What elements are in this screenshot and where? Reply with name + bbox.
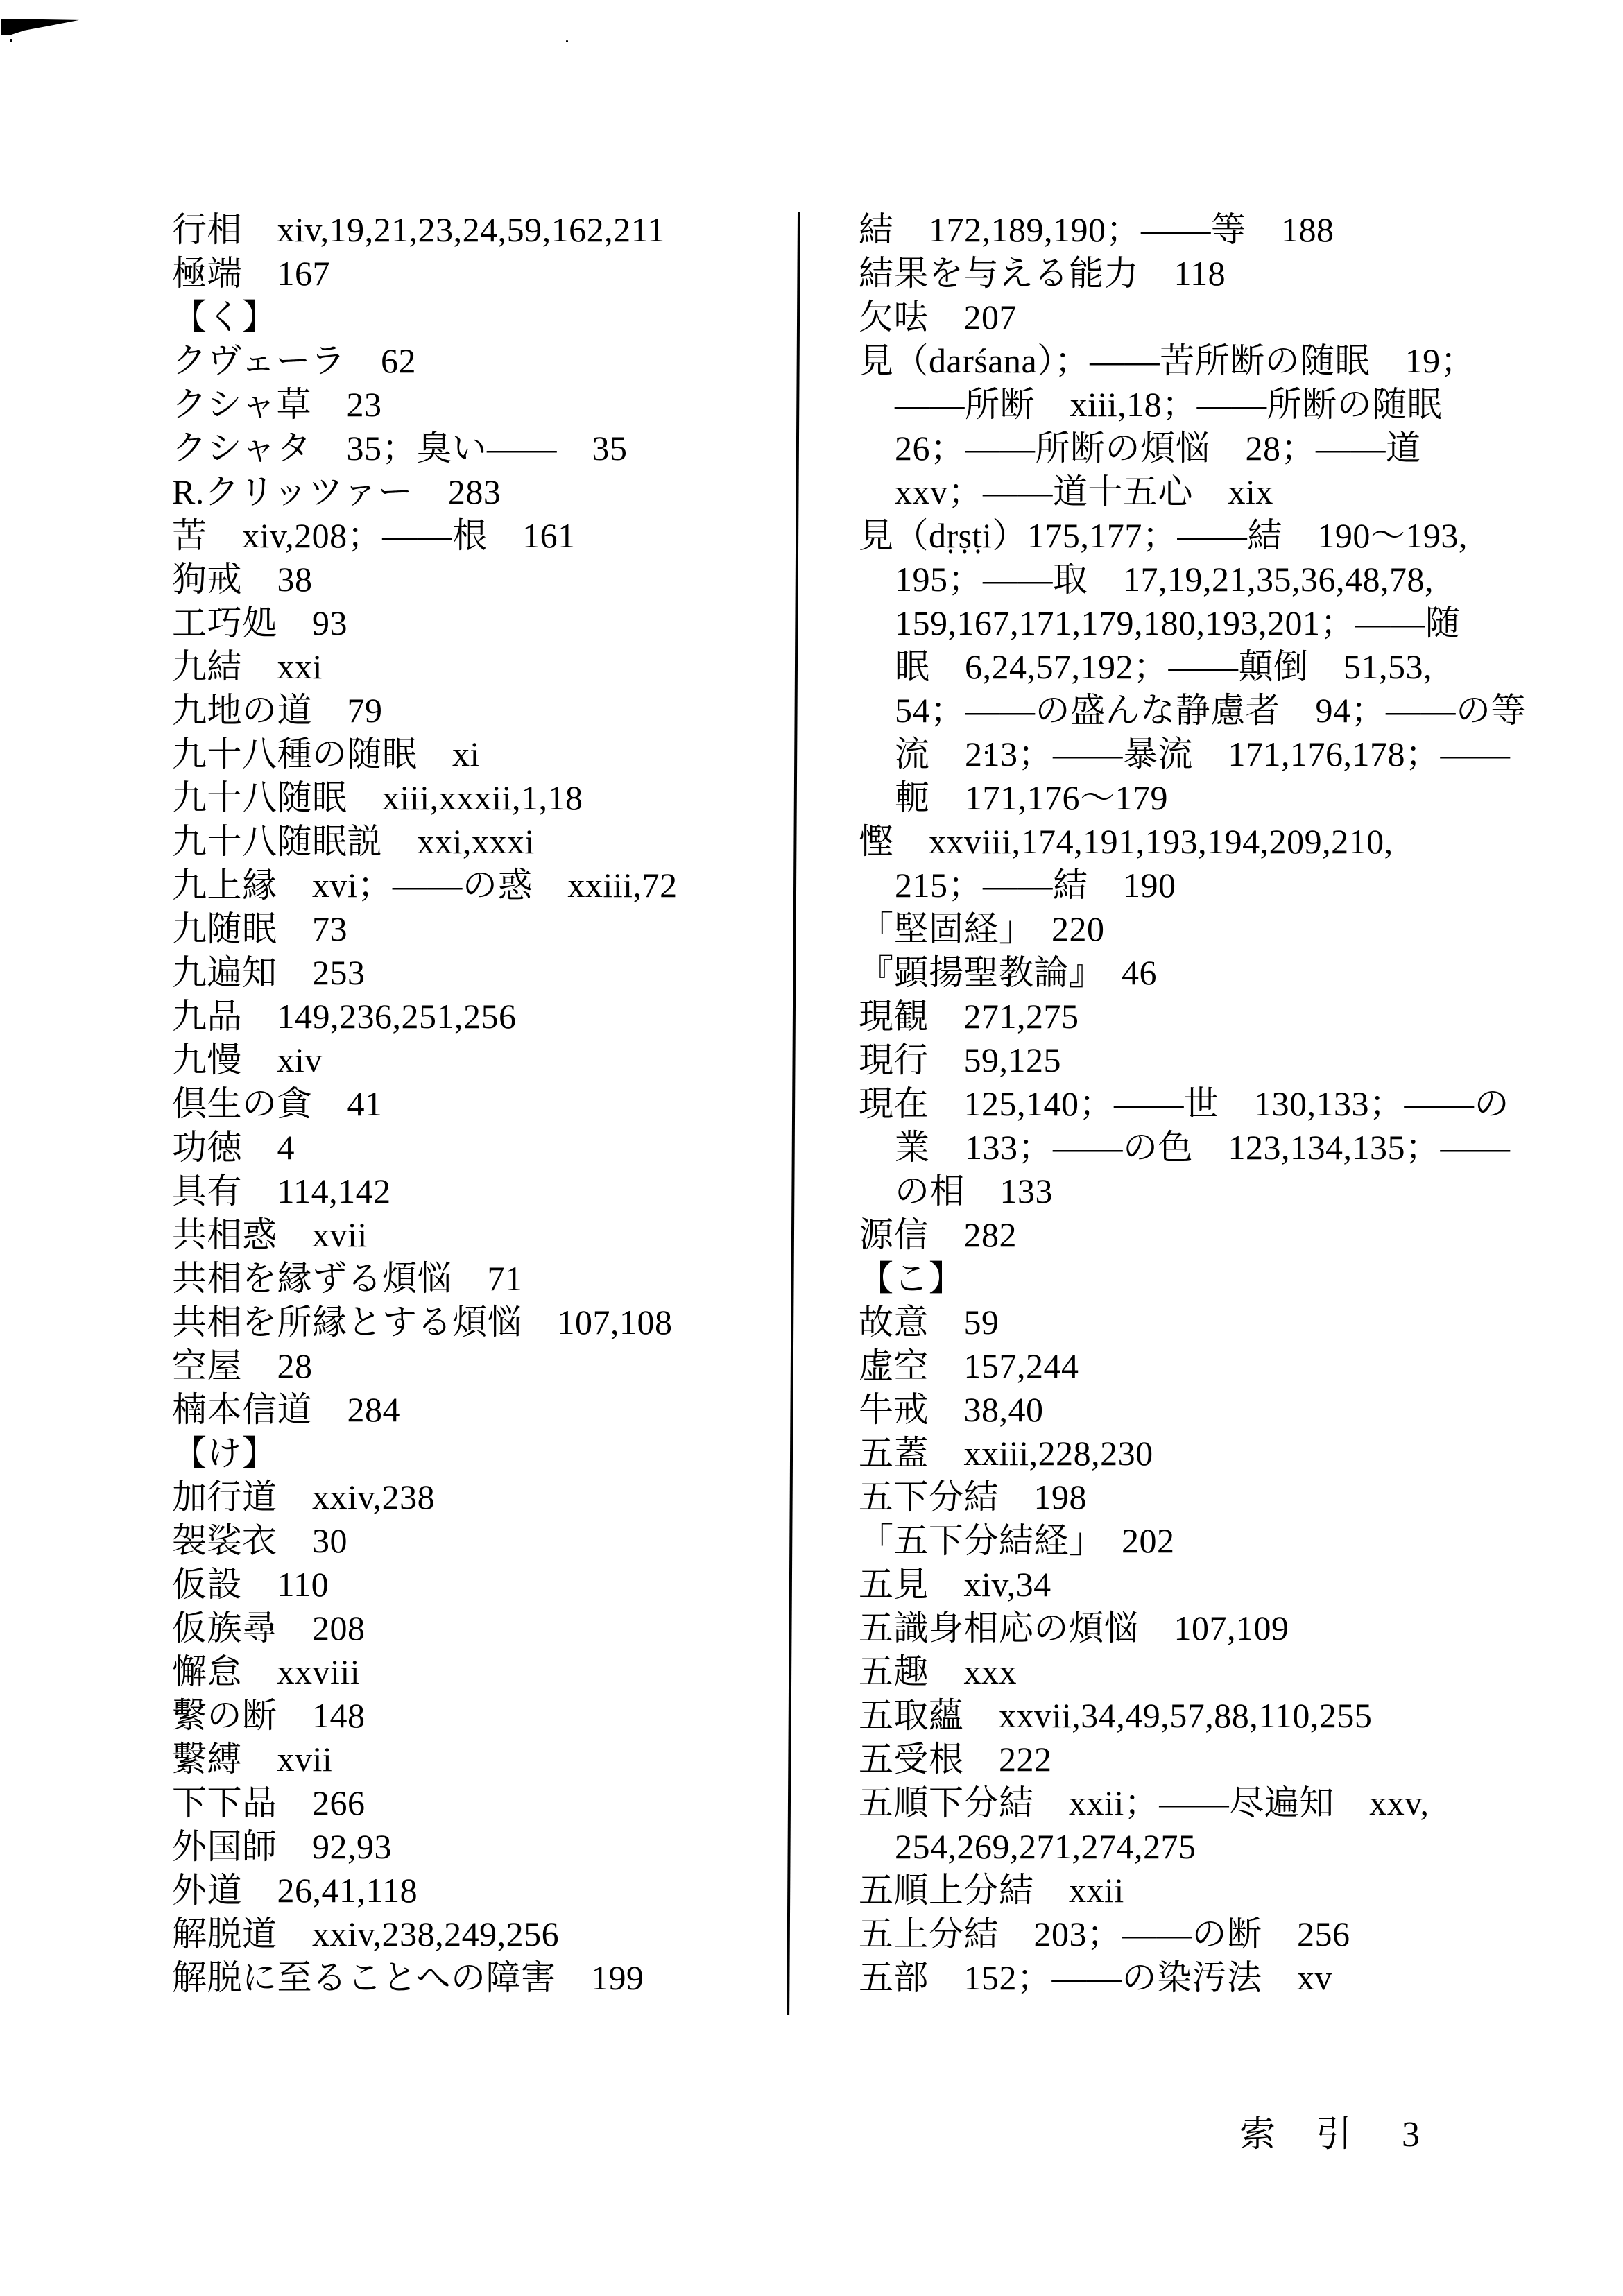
index-entry-line: 九十八随眠説 xxi,xxxi <box>172 820 796 864</box>
index-entry-line: 【け】 <box>172 1432 796 1475</box>
index-entry-line: 九遍知 253 <box>172 951 796 995</box>
index-entry-line: 結果を与える能力 118 <box>859 252 1594 295</box>
index-entry-line: 下下品 266 <box>172 1781 796 1825</box>
index-entry-line: 結 172,189,190；――等 188 <box>859 208 1594 252</box>
index-entry-line: クシャタ 35；臭い―― 35 <box>172 427 796 470</box>
index-entry-line: 【く】 <box>172 295 796 339</box>
index-entry-line: 九十八随眠 xiii,xxxii,1,18 <box>172 776 796 820</box>
scan-speck <box>566 40 568 42</box>
index-entry-line: 加行道 xxiv,238 <box>172 1475 796 1519</box>
index-entry-line: 外道 26,41,118 <box>172 1869 796 1912</box>
index-entry-line: 繫縛 xvii <box>172 1738 796 1781</box>
index-entry-line: 見（dṛṣṭi）175,177；――結 190～193, <box>859 514 1594 558</box>
index-entry-line: 仮族尋 208 <box>172 1607 796 1650</box>
index-entry-line: 五順下分結 xxii；――尽遍知 xxv, <box>859 1781 1594 1825</box>
index-entry-line: 【こ】 <box>859 1257 1594 1301</box>
index-entry-line: 仮設 110 <box>172 1563 796 1607</box>
index-entry-line: 「堅固経」 220 <box>859 907 1594 951</box>
index-entry-line: 『顕揚聖教論』 46 <box>859 951 1594 995</box>
index-entry-line: 解脱に至ることへの障害 199 <box>172 1956 796 2000</box>
index-entry-line: 254,269,271,274,275 <box>859 1825 1594 1869</box>
index-entry-line: 行相 xiv,19,21,23,24,59,162,211 <box>172 208 796 252</box>
index-entry-line: R.クリッツァー 283 <box>172 470 796 514</box>
scan-corner-artifact <box>1 19 79 35</box>
index-entry-line: 現観 271,275 <box>859 995 1594 1038</box>
footer-section-title: 索引 <box>1239 2115 1392 2154</box>
index-entry-line: 欠呿 207 <box>859 295 1594 339</box>
index-entry-line: 九結 xxi <box>172 645 796 689</box>
index-entry-line: 極端 167 <box>172 252 796 295</box>
index-entry-line: 苦 xiv,208；――根 161 <box>172 514 796 558</box>
index-entry-line: 九慢 xiv <box>172 1038 796 1082</box>
index-entry-line: 工巧処 93 <box>172 601 796 645</box>
index-entry-line: 現行 59,125 <box>859 1038 1594 1082</box>
index-entry-line: 外国師 92,93 <box>172 1825 796 1869</box>
page-footer: 索引3 <box>1203 2073 1420 2198</box>
index-entry-line: クヴェーラ 62 <box>172 339 796 383</box>
index-entry-line: 業 133；――の色 123,134,135；―― <box>859 1126 1594 1170</box>
left-column: 行相 xiv,19,21,23,24,59,162,211極端 167【く】クヴ… <box>172 208 796 2000</box>
scan-speck <box>10 39 12 42</box>
index-entry-line: 慳 xxviii,174,191,193,194,209,210, <box>859 820 1594 864</box>
index-entry-line: 虚空 157,244 <box>859 1344 1594 1388</box>
index-entry-line: 五順上分結 xxii <box>859 1869 1594 1912</box>
index-entry-line: 五上分結 203；――の断 256 <box>859 1912 1594 1956</box>
index-entry-line: 故意 59 <box>859 1301 1594 1344</box>
index-entry-line: 54；――の盛んな静慮者 94；――の等 <box>859 689 1594 733</box>
index-entry-line: 159,167,171,179,180,193,201；――随 <box>859 601 1594 645</box>
index-entry-line: 解脱道 xxiv,238,249,256 <box>172 1912 796 1956</box>
footer-page-number: 3 <box>1402 2115 1420 2154</box>
index-entry-line: 九随眠 73 <box>172 907 796 951</box>
index-entry-line: 現在 125,140；――世 130,133；――の <box>859 1082 1594 1126</box>
index-entry-line: xxv；――道十五心 xix <box>859 470 1594 514</box>
index-entry-line: 五見 xiv,34 <box>859 1563 1594 1607</box>
index-entry-line: 九品 149,236,251,256 <box>172 995 796 1038</box>
index-entry-line: 共相を所縁とする煩悩 107,108 <box>172 1301 796 1344</box>
index-entry-line: 繫の断 148 <box>172 1694 796 1738</box>
index-entry-line: 源信 282 <box>859 1213 1594 1257</box>
index-entry-line: 眠 6,24,57,192；――顛倒 51,53, <box>859 645 1594 689</box>
index-entry-line: 九十八種の随眠 xi <box>172 733 796 776</box>
index-entry-line: 五受根 222 <box>859 1738 1594 1781</box>
index-entry-line: 五下分結 198 <box>859 1475 1594 1519</box>
index-entry-line: 五趣 xxx <box>859 1650 1594 1694</box>
index-entry-line: 楠本信道 284 <box>172 1388 796 1432</box>
index-entry-line: 袈裟衣 30 <box>172 1519 796 1563</box>
index-entry-line: 流 213；――暴流 171,176,178；―― <box>859 733 1594 776</box>
index-entry-line: 功徳 4 <box>172 1126 796 1170</box>
index-entry-line: 九地の道 79 <box>172 689 796 733</box>
right-column: 結 172,189,190；――等 188結果を与える能力 118欠呿 207見… <box>859 208 1594 2000</box>
index-entry-line: 共相惑 xvii <box>172 1213 796 1257</box>
index-entry-line: 五蓋 xxiii,228,230 <box>859 1432 1594 1475</box>
index-entry-line: 195；――取 17,19,21,35,36,48,78, <box>859 558 1594 601</box>
index-entry-line: 空屋 28 <box>172 1344 796 1388</box>
index-entry-line: の相 133 <box>859 1170 1594 1213</box>
index-entry-line: 狗戒 38 <box>172 558 796 601</box>
index-entry-line: 懈怠 xxviii <box>172 1650 796 1694</box>
index-entry-line: 五取蘊 xxvii,34,49,57,88,110,255 <box>859 1694 1594 1738</box>
index-entry-line: クシャ草 23 <box>172 383 796 427</box>
index-entry-line: 五識身相応の煩悩 107,109 <box>859 1607 1594 1650</box>
index-entry-line: 軛 171,176～179 <box>859 776 1594 820</box>
index-entry-line: 五部 152；――の染汚法 xv <box>859 1956 1594 2000</box>
index-page: 行相 xiv,19,21,23,24,59,162,211極端 167【く】クヴ… <box>0 0 1623 2296</box>
index-entry-line: 倶生の貪 41 <box>172 1082 796 1126</box>
index-entry-line: 「五下分結経」 202 <box>859 1519 1594 1563</box>
index-entry-line: ――所断 xiii,18；――所断の随眠 <box>859 383 1594 427</box>
index-entry-line: 具有 114,142 <box>172 1170 796 1213</box>
index-entry-line: 215；――結 190 <box>859 864 1594 907</box>
index-entry-line: 26；――所断の煩悩 28；――道 <box>859 427 1594 470</box>
index-entry-line: 九上縁 xvi；――の惑 xxiii,72 <box>172 864 796 907</box>
index-entry-line: 牛戒 38,40 <box>859 1388 1594 1432</box>
index-entry-line: 共相を縁ずる煩悩 71 <box>172 1257 796 1301</box>
index-entry-line: 見（darśana）；――苦所断の随眠 19； <box>859 339 1594 383</box>
